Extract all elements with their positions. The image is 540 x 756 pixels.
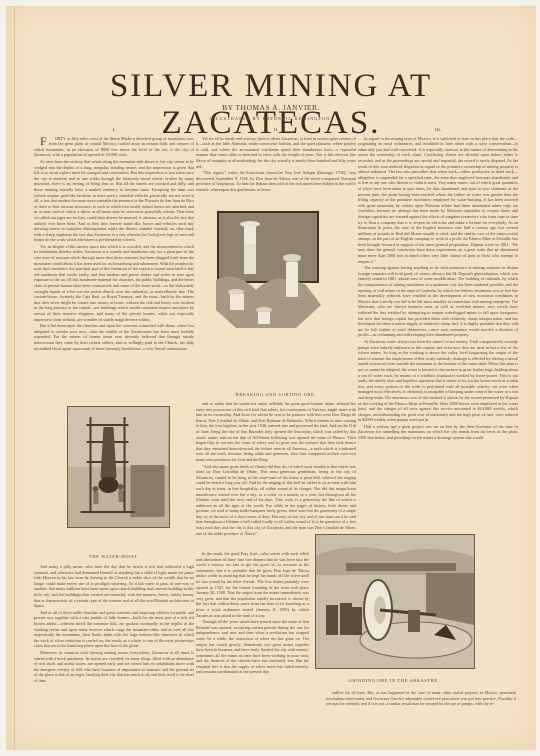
section-number: I. [34,128,194,134]
section-number: II. [196,128,356,134]
paragraph: and so noble that he would not enjoy sel… [196,401,356,463]
paragraph: Yet, in despite of the narrow space into… [34,244,194,322]
paragraph: Yet for all its bustle and activity, the… [196,136,356,170]
section-number: III. [358,128,518,134]
column-2-middle: and so noble that he would not enjoy sel… [196,401,356,551]
paragraph: "And also many great deeds of charity di… [196,464,356,537]
paragraph: Moreover, in common with thriving mining… [34,650,194,684]
breaking-ore-drawing [216,210,321,330]
paragraph: And many a jolly miner, who from the day… [34,564,194,609]
illustrator-credit: ILLUSTRATED BY FREDERIC REMINGTON. [6,116,536,121]
paragraph: And as all of these noble churches and g… [34,610,194,649]
arrastre-illustration [315,534,475,669]
breaking-ore-illustration [216,210,321,330]
arrastre-caption: GRINDING ORE IN THE ARRASTRE. [315,678,473,683]
paragraph: As seen from the railway that winds alon… [34,159,194,243]
column-2-bottom: In the main, the good Fray José—who writ… [196,551,309,716]
column-3-bottom: suffice for all time. But, as has happen… [326,690,516,720]
column-1-top: I. FORTY or fifty miles west of the Sier… [34,128,194,378]
paragraph: Half a century ago a great project was s… [358,424,518,441]
arrastre-drawing [316,535,474,668]
column-2-top: II. Yet for all its bustle and activity,… [196,128,356,210]
water-hoist-drawing [68,407,169,527]
paragraph: But it has been upon the churches and up… [34,323,194,351]
column-3-top: III. In regard to the mining laws of Mex… [358,128,518,528]
water-hoist-caption: THE WATER-HOIST. [34,554,194,559]
paragraph: The warning against having anything to d… [358,265,518,338]
water-hoist-illustration [67,406,170,528]
paragraph: FORTY or fifty miles west of the Sierra … [34,136,194,158]
breaking-ore-caption: BREAKING AND SORTING ORE. [196,392,356,397]
paragraph: At Zacatecas water always has been the m… [358,339,518,423]
paragraph: suffice for all time. But, as has happen… [326,690,516,707]
paragraph: In regard to the mining laws of Mexico, … [358,136,518,265]
paragraph: "This region," writes the Franciscan chr… [196,170,356,192]
magazine-page: SILVER MINING AT ZACATECAS. BY THOMAS A.… [6,6,536,750]
paragraph: In the main, the good Fray José—who writ… [196,551,309,618]
author-byline: BY THOMAS A. JANVIER. [6,103,536,112]
column-1-bottom: And many a jolly miner, who from the day… [34,564,194,716]
paragraph: Through all the years which have passed … [196,619,309,675]
